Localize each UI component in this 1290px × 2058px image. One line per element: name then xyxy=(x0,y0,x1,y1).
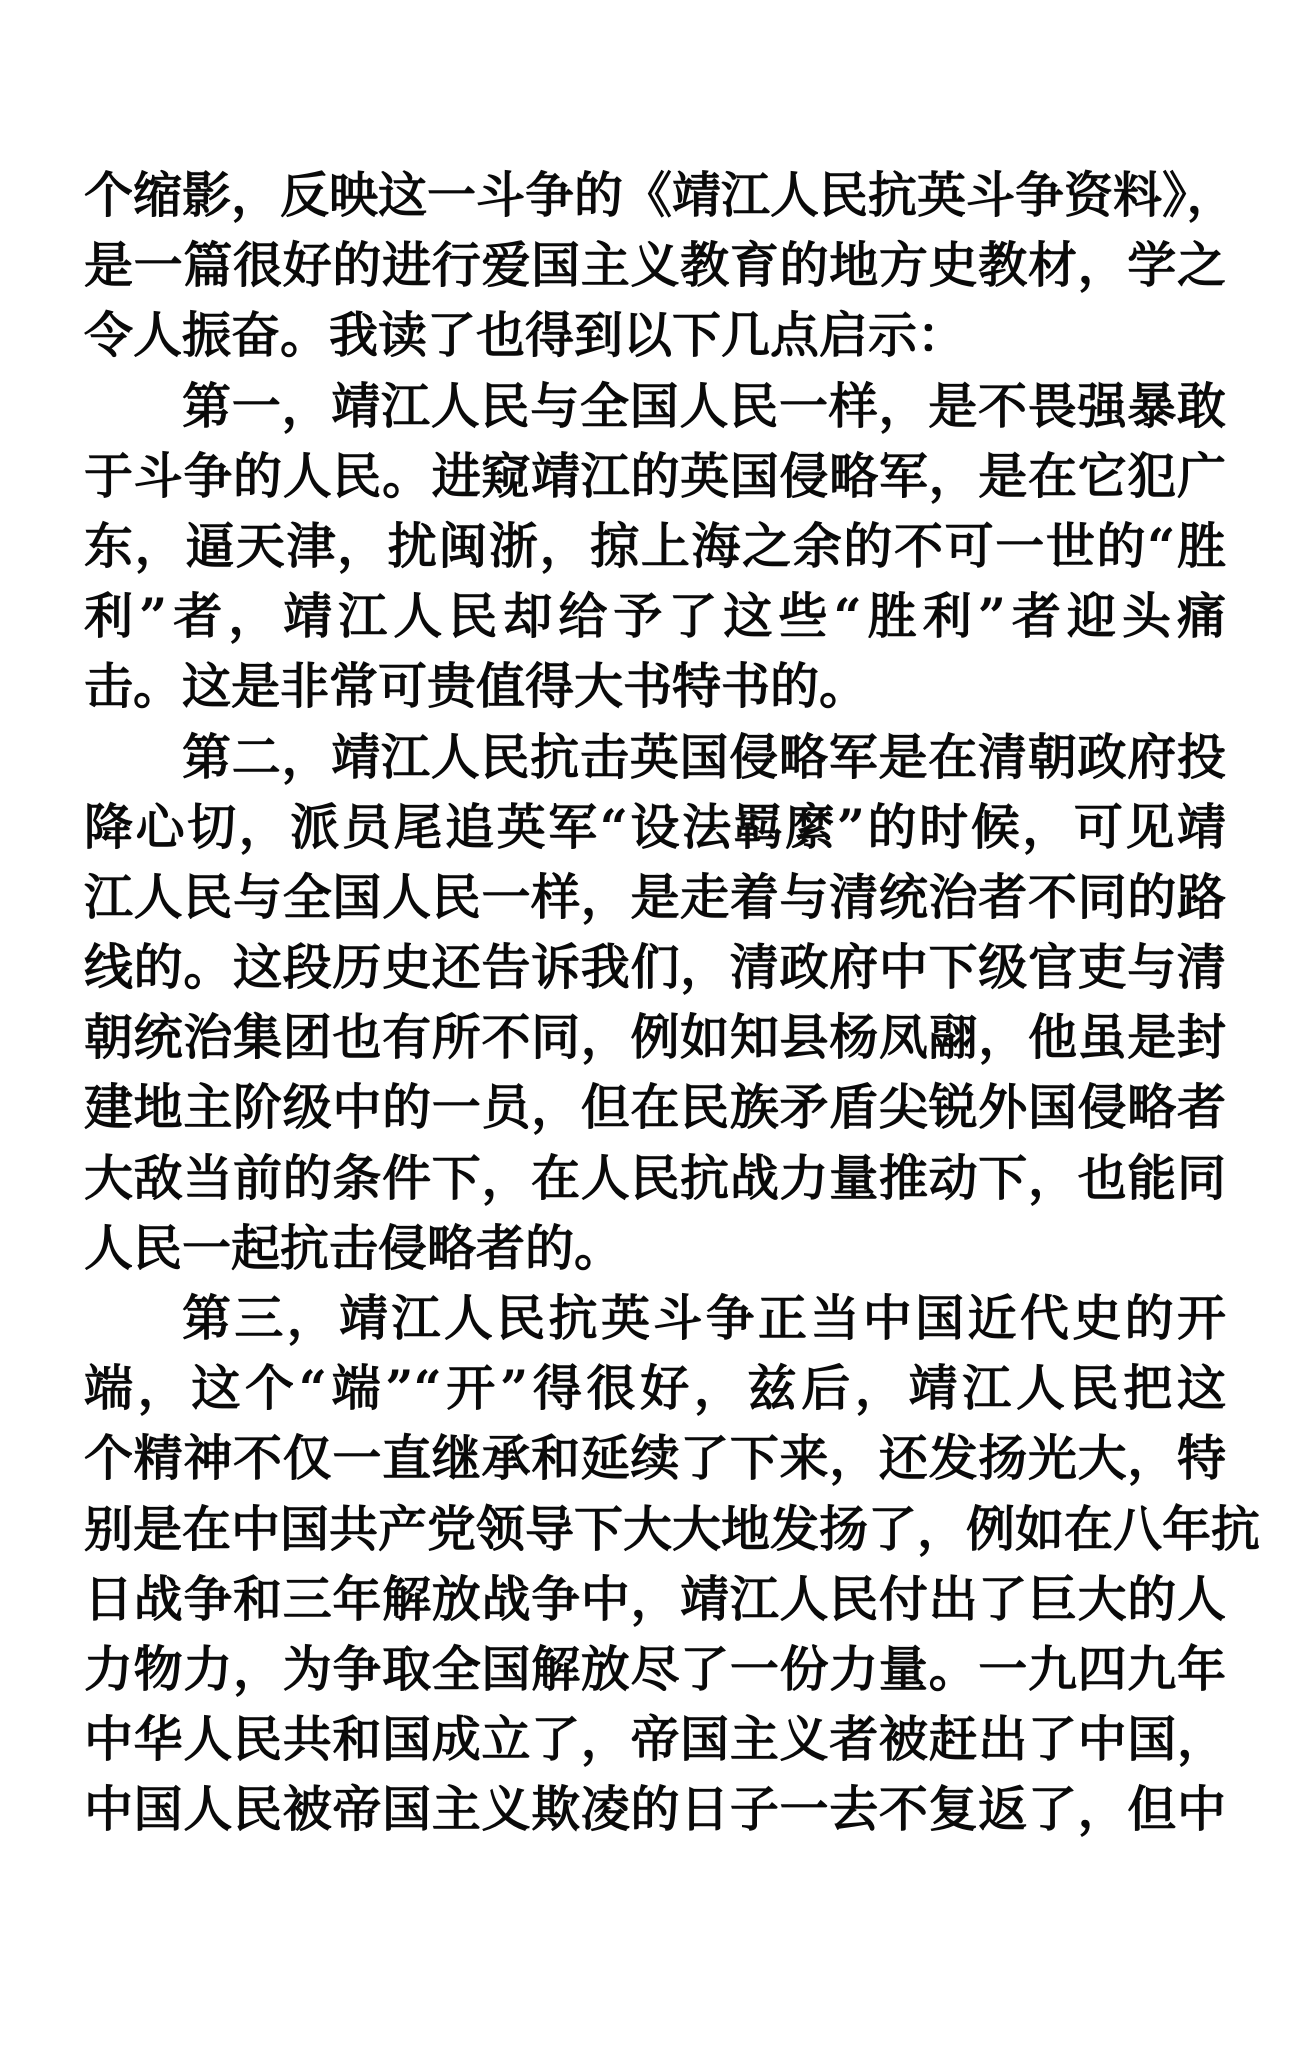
text-line: 第二，靖江人民抗击英国侵略军是在清朝政府投 xyxy=(84,722,1226,792)
text-line: 令人振奋。我读了也得到以下几点启示： xyxy=(84,300,1226,370)
text-line: 朝统治集团也有所不同，例如知县杨凤翮，他虽是封 xyxy=(84,1002,1226,1072)
text-line: 建地主阶级中的一员，但在民族矛盾尖锐外国侵略者 xyxy=(84,1072,1226,1142)
paragraph-first-point: 第一，靖江人民与全国人民一样，是不畏强暴敢 于斗争的人民。进窥靖江的英国侵略军，… xyxy=(84,371,1226,722)
text-line: 利”者，靖江人民却给予了这些“胜利”者迎头痛 xyxy=(84,581,1226,651)
text-line: 力物力，为争取全国解放尽了一份力量。一九四九年 xyxy=(84,1634,1226,1704)
text-line: 中华人民共和国成立了，帝国主义者被赶出了中国， xyxy=(84,1704,1226,1774)
text-line: 线的。这段历史还告诉我们，清政府中下级官吏与清 xyxy=(84,932,1226,1002)
text-line: 大敌当前的条件下，在人民抗战力量推动下，也能同 xyxy=(84,1143,1226,1213)
document-page: 个缩影，反映这一斗争的《靖江人民抗英斗争资料》， 是一篇很好的进行爱国主义教育的… xyxy=(84,160,1226,1845)
text-line: 江人民与全国人民一样，是走着与清统治者不同的路 xyxy=(84,862,1226,932)
text-line: 人民一起抗击侵略者的。 xyxy=(84,1213,1226,1283)
paragraph-third-point: 第三，靖江人民抗英斗争正当中国近代史的开 端，这个“端”“开”得很好，兹后，靖江… xyxy=(84,1283,1226,1845)
text-line: 日战争和三年解放战争中，靖江人民付出了巨大的人 xyxy=(84,1564,1226,1634)
text-line: 端，这个“端”“开”得很好，兹后，靖江人民把这 xyxy=(84,1353,1226,1423)
text-line: 降心切，派员尾追英军“设法羁縻”的时候，可见靖 xyxy=(84,792,1226,862)
text-line: 击。这是非常可贵值得大书特书的。 xyxy=(84,651,1226,721)
text-line: 中国人民被帝国主义欺凌的日子一去不复返了，但中 xyxy=(84,1774,1226,1844)
text-line: 别是在中国共产党领导下大大地发扬了，例如在八年抗 xyxy=(84,1494,1226,1564)
text-line: 东，逼天津，扰闽浙，掠上海之余的不可一世的“胜 xyxy=(84,511,1226,581)
text-line: 第一，靖江人民与全国人民一样，是不畏强暴敢 xyxy=(84,371,1226,441)
text-line: 于斗争的人民。进窥靖江的英国侵略军，是在它犯广 xyxy=(84,441,1226,511)
text-line: 个精神不仅一直继承和延续了下来，还发扬光大，特 xyxy=(84,1423,1226,1493)
text-line: 第三，靖江人民抗英斗争正当中国近代史的开 xyxy=(84,1283,1226,1353)
text-line: 个缩影，反映这一斗争的《靖江人民抗英斗争资料》， xyxy=(84,160,1226,230)
paragraph-second-point: 第二，靖江人民抗击英国侵略军是在清朝政府投 降心切，派员尾追英军“设法羁縻”的时… xyxy=(84,722,1226,1284)
paragraph-intro: 个缩影，反映这一斗争的《靖江人民抗英斗争资料》， 是一篇很好的进行爱国主义教育的… xyxy=(84,160,1226,371)
text-line: 是一篇很好的进行爱国主义教育的地方史教材，学之 xyxy=(84,230,1226,300)
